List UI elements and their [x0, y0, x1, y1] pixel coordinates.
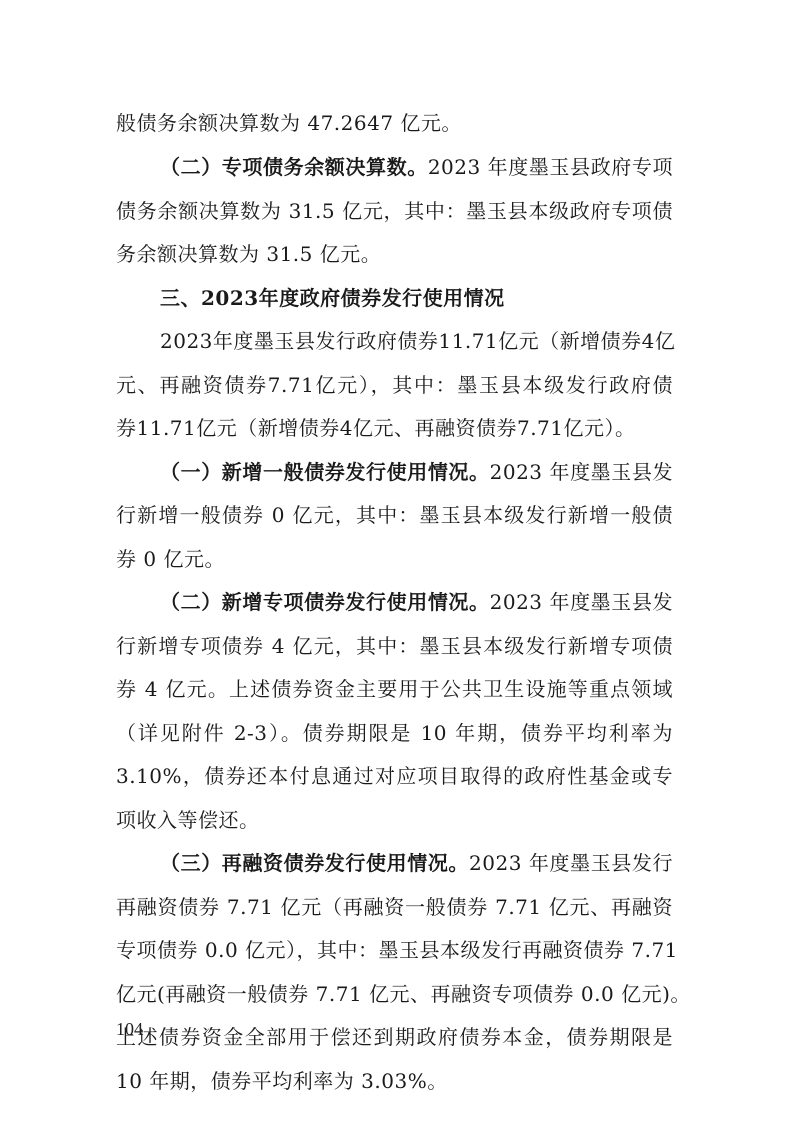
document-page: 般债务余额决算数为 47.2647 亿元。 （二）专项债务余额决算数。2023 …: [0, 0, 793, 1122]
paragraph-line: （详见附件 2-3）。债券期限是 10 年期，债券平均利率为: [116, 718, 673, 748]
paragraph-line: 券 0 亿元。: [116, 544, 673, 574]
paragraph-line: 行新增一般债券 0 亿元，其中：墨玉县本级发行新增一般债: [116, 500, 673, 530]
subsection-text: 2023 年度墨玉县政府专项: [428, 155, 673, 179]
subsection-heading: （三）再融资债券发行使用情况。: [160, 851, 469, 875]
paragraph-line: 项收入等偿还。: [116, 805, 673, 835]
subsection-text: 2023 年度墨玉县发: [490, 590, 673, 614]
subsection-heading: （二）新增专项债券发行使用情况。: [160, 590, 490, 614]
subsection-heading: （二）专项债务余额决算数。: [160, 155, 428, 179]
paragraph-line: 再融资债券 7.71 亿元（再融资一般债券 7.71 亿元、再融资: [116, 892, 673, 922]
paragraph-text: 上述债券资金全部用于偿还到期政府债券本金，债券期限是: [116, 1025, 673, 1049]
paragraph-line: 10 年期，债券平均利率为 3.03%。: [116, 1066, 673, 1096]
paragraph-line: 券11.71亿元（新增债券4亿元、再融资债券7.71亿元）。: [116, 413, 673, 443]
paragraph-text: 2023年度墨玉县发行政府债券11.71亿元（新增债券4亿: [160, 329, 675, 353]
paragraph-text: 元、再融资债券7.71亿元），其中：墨玉县本级发行政府债: [116, 373, 673, 397]
paragraph-text: 般债务余额决算数为 47.2647 亿元。: [116, 111, 462, 135]
section-heading-text: 三、2023年度政府债券发行使用情况: [160, 286, 505, 310]
paragraph-text: 项收入等偿还。: [116, 808, 260, 832]
paragraph-text: 券 4 亿元。上述债券资金主要用于公共卫生设施等重点领域: [116, 677, 673, 701]
paragraph-line: 般债务余额决算数为 47.2647 亿元。: [116, 108, 673, 138]
paragraph-line: 债务余额决算数为 31.5 亿元，其中：墨玉县本级政府专项债: [116, 196, 673, 226]
paragraph-line: 元、再融资债券7.71亿元），其中：墨玉县本级发行政府债: [116, 370, 673, 400]
paragraph-line: 3.10%，债券还本付息通过对应项目取得的政府性基金或专: [116, 761, 673, 791]
paragraph-text: 再融资债券 7.71 亿元（再融资一般债券 7.71 亿元、再融资: [116, 895, 673, 919]
paragraph-text: 行新增专项债券 4 亿元，其中：墨玉县本级发行新增专项债: [116, 634, 673, 658]
page-number: 104: [116, 1018, 143, 1040]
paragraph-line: 务余额决算数为 31.5 亿元。: [116, 239, 673, 269]
section-heading: 三、2023年度政府债券发行使用情况: [160, 283, 673, 313]
paragraph-line: 2023年度墨玉县发行政府债券11.71亿元（新增债券4亿: [160, 326, 673, 356]
subsection-heading: （一）新增一般债券发行使用情况。: [160, 460, 490, 484]
paragraph-line: 专项债券 0.0 亿元），其中：墨玉县本级发行再融资债券 7.71: [116, 935, 673, 965]
subsection-text: 2023 年度墨玉县发: [490, 460, 673, 484]
paragraph-text: 3.10%，债券还本付息通过对应项目取得的政府性基金或专: [116, 764, 673, 788]
subsection-first-line: （二）新增专项债券发行使用情况。2023 年度墨玉县发: [160, 587, 673, 617]
paragraph-text: 券11.71亿元（新增债券4亿元、再融资债券7.71亿元）。: [116, 416, 636, 440]
paragraph-text: 券 0 亿元。: [116, 547, 225, 571]
paragraph-text: 务余额决算数为 31.5 亿元。: [116, 242, 381, 266]
subsection-text: 2023 年度墨玉县发行: [469, 851, 673, 875]
subsection-first-line: （一）新增一般债券发行使用情况。2023 年度墨玉县发: [160, 457, 673, 487]
paragraph-text: 10 年期，债券平均利率为 3.03%。: [116, 1069, 448, 1093]
paragraph-text: 债务余额决算数为 31.5 亿元，其中：墨玉县本级政府专项债: [116, 199, 673, 223]
paragraph-text: 亿元(再融资一般债券 7.71 亿元、再融资专项债券 0.0 亿元)。: [116, 982, 691, 1006]
subsection-first-line: （三）再融资债券发行使用情况。2023 年度墨玉县发行: [160, 848, 673, 878]
paragraph-line: 上述债券资金全部用于偿还到期政府债券本金，债券期限是: [116, 1022, 673, 1052]
paragraph-text: （详见附件 2-3）。债券期限是 10 年期，债券平均利率为: [116, 721, 673, 745]
paragraph-text: 行新增一般债券 0 亿元，其中：墨玉县本级发行新增一般债: [116, 503, 673, 527]
paragraph-line: 券 4 亿元。上述债券资金主要用于公共卫生设施等重点领域: [116, 674, 673, 704]
subsection-first-line: （二）专项债务余额决算数。2023 年度墨玉县政府专项: [160, 152, 673, 182]
paragraph-text: 专项债券 0.0 亿元），其中：墨玉县本级发行再融资债券 7.71: [116, 938, 678, 962]
paragraph-line: 亿元(再融资一般债券 7.71 亿元、再融资专项债券 0.0 亿元)。: [116, 979, 673, 1009]
paragraph-line: 行新增专项债券 4 亿元，其中：墨玉县本级发行新增专项债: [116, 631, 673, 661]
